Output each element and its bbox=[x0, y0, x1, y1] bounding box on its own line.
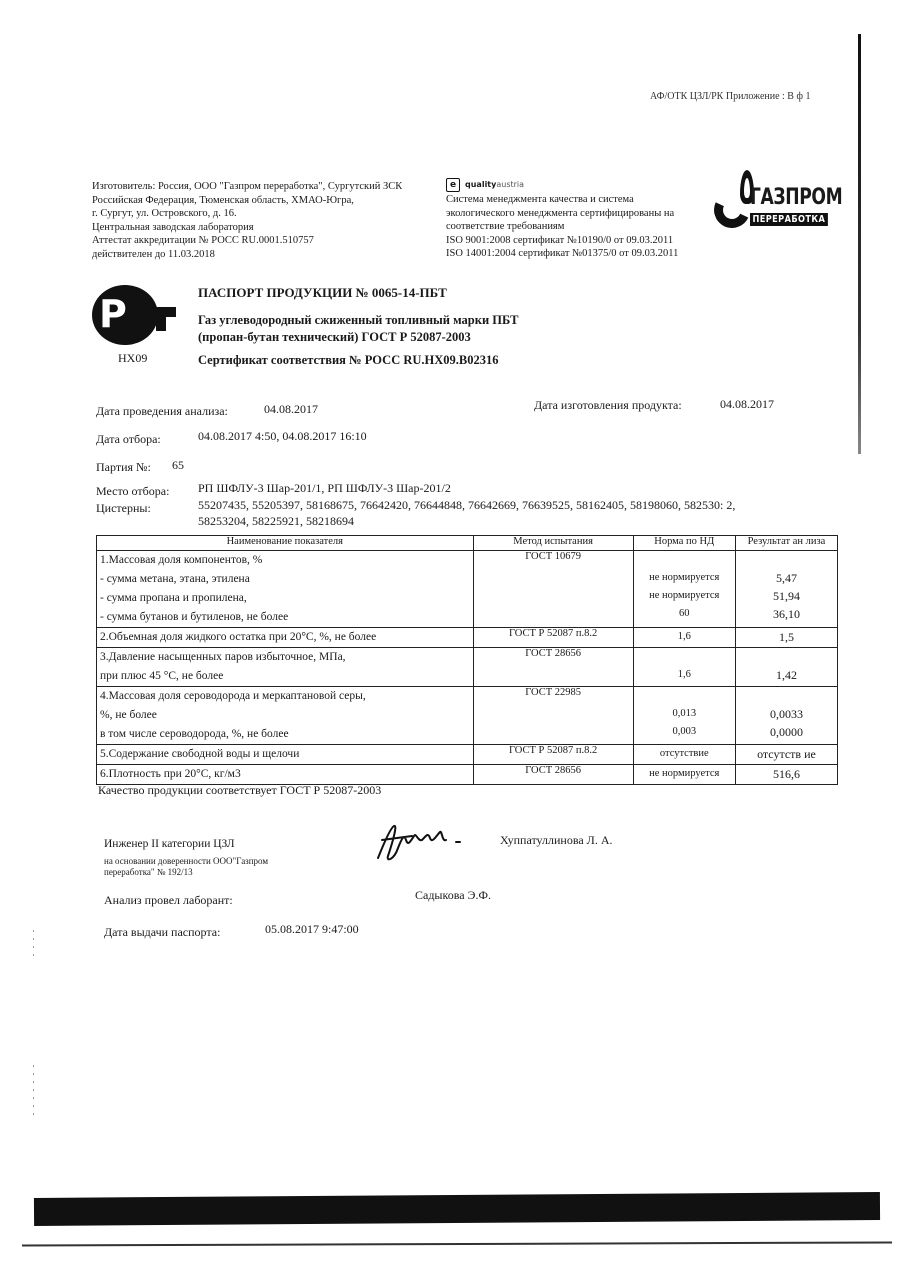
scan-edge-line bbox=[858, 34, 861, 454]
cell-line: 3.Давление насыщенных паров избыточное, … bbox=[100, 648, 470, 667]
quality-conclusion: Качество продукции соответствует ГОСТ Р … bbox=[98, 783, 381, 798]
quality-line: ISO 9001:2008 сертификат №10190/0 от 09.… bbox=[446, 234, 678, 248]
quality-block: e qualityaustria Система менеджмента кач… bbox=[446, 178, 678, 261]
engineer-title: Инженер II категории ЦЗЛ bbox=[104, 838, 235, 850]
cell-line bbox=[739, 648, 834, 666]
method-cell: ГОСТ Р 52087 п.8.2 bbox=[473, 745, 633, 765]
engineer-basis-line: на основании доверенности ООО"Газпром bbox=[104, 856, 268, 867]
certificate-number: Сертификат соответствия № РОСС RU.HX09.B… bbox=[198, 353, 499, 368]
table-row: 4.Массовая доля сероводорода и меркаптан… bbox=[97, 687, 838, 745]
cell-line: 0,0033 bbox=[739, 705, 834, 723]
result-cell: 1,5 bbox=[735, 628, 837, 648]
norm-cell: не нормируетсяне нормируется60 bbox=[633, 551, 735, 628]
cell-line: ГОСТ 28656 bbox=[477, 765, 630, 776]
method-cell: ГОСТ 10679 bbox=[473, 551, 633, 628]
engineer-name: Хуппатуллинова Л. А. bbox=[500, 833, 613, 848]
cell-line: 1,6 bbox=[637, 628, 732, 646]
table-row: 3.Давление насыщенных паров избыточное, … bbox=[97, 648, 838, 687]
tanks-label: Цистерны: bbox=[96, 501, 151, 516]
gazprom-pererabotka-logo: ГАЗПРОМ ПЕРЕРАБОТКА bbox=[712, 170, 842, 232]
quality-austria-icon: e bbox=[446, 178, 460, 192]
cell-line: 1,5 bbox=[739, 628, 834, 646]
quality-line: ISO 14001:2004 сертификат №01375/0 от 09… bbox=[446, 247, 678, 261]
indicator-cell: 3.Давление насыщенных паров избыточное, … bbox=[97, 648, 474, 687]
cell-line: 51,94 bbox=[739, 587, 834, 605]
cell-line bbox=[739, 551, 834, 569]
cell-line: 5,47 bbox=[739, 569, 834, 587]
engineer-basis-line: переработка" № 192/13 bbox=[104, 867, 268, 878]
method-cell: ГОСТ 28656 bbox=[473, 648, 633, 687]
cell-line bbox=[739, 687, 834, 705]
result-cell: отсутств ие bbox=[735, 745, 837, 765]
bottom-rule-line bbox=[22, 1241, 892, 1246]
cell-line: не нормируется bbox=[637, 765, 732, 783]
result-cell: 1,42 bbox=[735, 648, 837, 687]
indicator-cell: 6.Плотность при 20°С, кг/м3 bbox=[97, 765, 474, 785]
table-row: 6.Плотность при 20°С, кг/м3ГОСТ 28656не … bbox=[97, 765, 838, 785]
indicator-cell: 4.Массовая доля сероводорода и меркаптан… bbox=[97, 687, 474, 745]
batch-label: Партия №: bbox=[96, 460, 151, 475]
sampling-date-value: 04.08.2017 4:50, 04.08.2017 16:10 bbox=[198, 429, 367, 444]
norm-cell: не нормируется bbox=[633, 765, 735, 785]
cell-line: отсутств ие bbox=[739, 745, 834, 763]
quality-line: соответствие требованиям bbox=[446, 220, 678, 234]
manufacturer-line: Изготовитель: Россия, ООО "Газпром перер… bbox=[92, 180, 402, 194]
quality-line: экологического менеджмента сертифицирова… bbox=[446, 207, 678, 221]
cell-line: не нормируется bbox=[637, 587, 732, 605]
cell-line: 1,6 bbox=[637, 666, 732, 684]
manufacturer-line: Аттестат аккредитации № РОСС RU.0001.510… bbox=[92, 234, 402, 248]
reference-code: АФ/ОТК ЦЗЛ/РК Приложение : В ф 1 bbox=[650, 91, 810, 102]
cell-line bbox=[637, 648, 732, 666]
engineer-basis: на основании доверенности ООО"Газпром пе… bbox=[104, 856, 268, 878]
quality-line: Система менеджмента качества и система bbox=[446, 193, 678, 207]
rst-code: НХ09 bbox=[118, 351, 147, 366]
analysis-date-value: 04.08.2017 bbox=[264, 402, 318, 417]
rst-t-icon bbox=[146, 307, 176, 317]
cell-line: - сумма метана, этана, этилена bbox=[100, 570, 470, 589]
rst-certification-logo: Р НХ09 bbox=[92, 285, 182, 375]
batch-value: 65 bbox=[172, 458, 184, 473]
tanks-value-line: 55207435, 55205397, 58168675, 76642420, … bbox=[198, 498, 735, 513]
column-header-result: Результат ан лиза bbox=[735, 536, 837, 551]
method-cell: ГОСТ 22985 bbox=[473, 687, 633, 745]
lab-technician-name: Садыкова Э.Ф. bbox=[415, 888, 491, 903]
cell-line: 0,0000 bbox=[739, 723, 834, 741]
rst-letter: Р bbox=[99, 295, 125, 333]
handwritten-signature bbox=[372, 818, 472, 868]
cell-line: 0,013 bbox=[637, 705, 732, 723]
cell-line: в том числе сероводорода, %, не более bbox=[100, 725, 470, 744]
sampling-place-value: РП ШФЛУ-3 Шар-201/1, РП ШФЛУ-3 Шар-201/2 bbox=[198, 481, 451, 496]
result-cell: 516,6 bbox=[735, 765, 837, 785]
manufacturer-block: Изготовитель: Россия, ООО "Газпром перер… bbox=[92, 180, 402, 261]
quality-brand: qualityaustria bbox=[465, 178, 524, 192]
cell-line: %, не более bbox=[100, 706, 470, 725]
column-header-indicator: Наименование показателя bbox=[97, 536, 474, 551]
cell-line bbox=[637, 687, 732, 705]
sampling-date-label: Дата отбора: bbox=[96, 432, 161, 447]
indicator-cell: 5.Содержание свободной воды и щелочи bbox=[97, 745, 474, 765]
cell-line: ГОСТ 22985 bbox=[477, 687, 630, 698]
table-row: 5.Содержание свободной воды и щелочиГОСТ… bbox=[97, 745, 838, 765]
table-body: 1.Массовая доля компонентов, %- сумма ме… bbox=[97, 551, 838, 785]
scan-artifact bbox=[33, 930, 34, 960]
product-name-line: Газ углеводородный сжиженный топливный м… bbox=[198, 312, 518, 329]
cell-line: 4.Массовая доля сероводорода и меркаптан… bbox=[100, 687, 470, 706]
tanks-value-line: 58253204, 58225921, 58218694 bbox=[198, 514, 354, 529]
result-cell: 5,4751,9436,10 bbox=[735, 551, 837, 628]
production-date-label: Дата изготовления продукта: bbox=[534, 398, 682, 413]
cell-line: ГОСТ 10679 bbox=[477, 551, 630, 562]
cell-line: - сумма пропана и пропилена, bbox=[100, 589, 470, 608]
manufacturer-line: Центральная заводская лаборатория bbox=[92, 221, 402, 235]
cell-line: не нормируется bbox=[637, 569, 732, 587]
pererabotka-wordmark: ПЕРЕРАБОТКА bbox=[750, 213, 828, 226]
quality-austria-logo: e qualityaustria bbox=[446, 178, 678, 192]
indicator-cell: 2.Объемная доля жидкого остатка при 20°С… bbox=[97, 628, 474, 648]
table-row: 1.Массовая доля компонентов, %- сумма ме… bbox=[97, 551, 838, 628]
cell-line: при плюс 45 °С, не более bbox=[100, 667, 470, 686]
cell-line bbox=[637, 551, 732, 569]
norm-cell: 1,6 bbox=[633, 648, 735, 687]
table-row: 2.Объемная доля жидкого остатка при 20°С… bbox=[97, 628, 838, 648]
issue-date-value: 05.08.2017 9:47:00 bbox=[265, 922, 359, 937]
gazprom-wordmark: ГАЗПРОМ bbox=[750, 185, 842, 210]
analysis-date-label: Дата проведения анализа: bbox=[96, 404, 228, 419]
method-cell: ГОСТ 28656 bbox=[473, 765, 633, 785]
manufacturer-line: действителен до 11.03.2018 bbox=[92, 248, 402, 262]
production-date-value: 04.08.2017 bbox=[720, 397, 774, 412]
indicator-cell: 1.Массовая доля компонентов, %- сумма ме… bbox=[97, 551, 474, 628]
cell-line: 1,42 bbox=[739, 666, 834, 684]
norm-cell: отсутствие bbox=[633, 745, 735, 765]
manufacturer-line: Российская Федерация, Тюменская область,… bbox=[92, 194, 402, 208]
issue-date-label: Дата выдачи паспорта: bbox=[104, 925, 220, 940]
passport-title: ПАСПОРТ ПРОДУКЦИИ № 0065-14-ПБТ bbox=[198, 285, 447, 301]
scan-artifact bbox=[33, 1065, 34, 1115]
column-header-norm: Норма по НД bbox=[633, 536, 735, 551]
sampling-place-label: Место отбора: bbox=[96, 484, 169, 499]
table-header-row: Наименование показателя Метод испытания … bbox=[97, 536, 838, 551]
method-cell: ГОСТ Р 52087 п.8.2 bbox=[473, 628, 633, 648]
cell-line: 2.Объемная доля жидкого остатка при 20°С… bbox=[100, 628, 470, 647]
cell-line: 60 bbox=[637, 605, 732, 623]
cell-line: 5.Содержание свободной воды и щелочи bbox=[100, 745, 470, 764]
cell-line: отсутствие bbox=[637, 745, 732, 763]
cell-line: - сумма бутанов и бутиленов, не более bbox=[100, 608, 470, 627]
cell-line: 0,003 bbox=[637, 723, 732, 741]
scan-black-bar bbox=[34, 1192, 880, 1226]
manufacturer-line: г. Сургут, ул. Островского, д. 16. bbox=[92, 207, 402, 221]
cell-line: ГОСТ 28656 bbox=[477, 648, 630, 659]
product-name: Газ углеводородный сжиженный топливный м… bbox=[198, 312, 518, 346]
cell-line: 516,6 bbox=[739, 765, 834, 783]
norm-cell: 0,0130,003 bbox=[633, 687, 735, 745]
product-name-line: (пропан-бутан технический) ГОСТ Р 52087-… bbox=[198, 329, 518, 346]
norm-cell: 1,6 bbox=[633, 628, 735, 648]
cell-line: 36,10 bbox=[739, 605, 834, 623]
cell-line: ГОСТ Р 52087 п.8.2 bbox=[477, 628, 630, 639]
cell-line: ГОСТ Р 52087 п.8.2 bbox=[477, 745, 630, 756]
analysis-results-table: Наименование показателя Метод испытания … bbox=[96, 535, 838, 785]
cell-line: 6.Плотность при 20°С, кг/м3 bbox=[100, 765, 470, 784]
result-cell: 0,00330,0000 bbox=[735, 687, 837, 745]
cell-line: 1.Массовая доля компонентов, % bbox=[100, 551, 470, 570]
lab-technician-label: Анализ провел лаборант: bbox=[104, 893, 233, 908]
column-header-method: Метод испытания bbox=[473, 536, 633, 551]
